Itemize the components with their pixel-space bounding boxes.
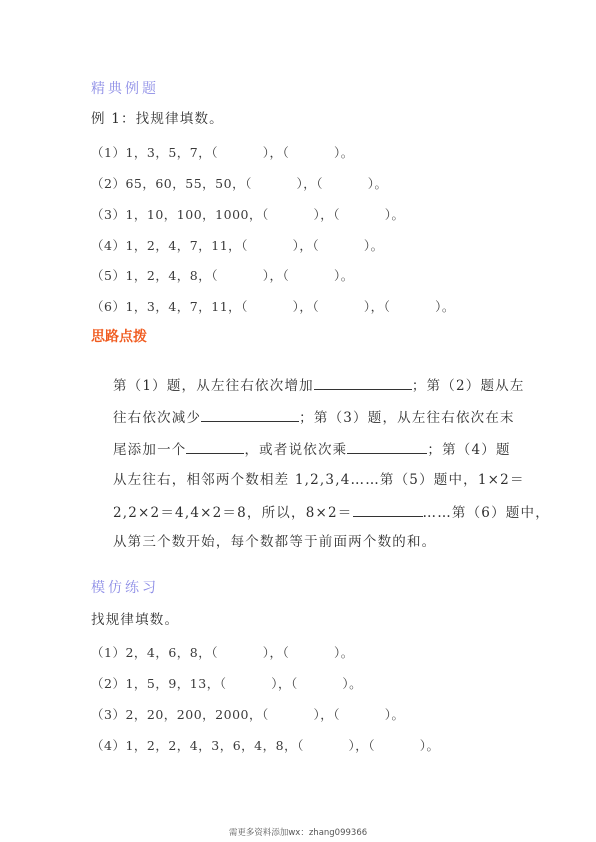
example-question-2: （2）65，60，55，50，（ ），（ ）。 xyxy=(91,176,388,192)
example-section-title: 精典例题 xyxy=(91,81,159,97)
hint-text: 从第三个数开始，每个数都等于前面两个数的和。 xyxy=(113,534,436,550)
practice-question-3: （3）2，20，200，2000，（ ），（ ）。 xyxy=(91,707,404,723)
practice-question-1: （1）2，4，6，8，（ ），（ ）。 xyxy=(91,645,354,661)
practice-question-4: （4）1，2，2，4，3，6，4，8，（ ），（ ）。 xyxy=(91,738,440,754)
example-prompt: 例 1：找规律填数。 xyxy=(91,111,224,127)
hint-text: ……第（6）题中， xyxy=(423,505,550,521)
footer-note: 需更多资料添加wx：zhang099366 xyxy=(0,826,596,838)
answer-blank xyxy=(347,440,427,454)
hint-text: 从左往右，相邻两个数相差 1,2,3,4……第（5）题中，1×2＝ xyxy=(113,472,525,488)
practice-section-title: 模仿练习 xyxy=(91,580,159,596)
example-question-6: （6）1，3，4，7，11，（ ），（ ），（ ）。 xyxy=(91,299,455,315)
answer-blank xyxy=(201,408,299,422)
hint-line-6: 从第三个数开始，每个数都等于前面两个数的和。 xyxy=(91,518,436,566)
practice-prompt: 找规律填数。 xyxy=(91,612,179,628)
example-question-1: （1）1，3，5，7，（ ），（ ）。 xyxy=(91,145,354,161)
example-question-3: （3）1，10，100，1000，（ ），（ ）。 xyxy=(91,207,404,223)
example-question-5: （5）1，2，4，8，（ ），（ ）。 xyxy=(91,268,354,284)
hint-section-title: 思路点拨 xyxy=(91,329,147,345)
answer-blank xyxy=(186,440,244,454)
answer-blank xyxy=(353,503,423,517)
answer-blank xyxy=(314,376,412,390)
practice-question-2: （2）1，5，9，13，（ ），（ ）。 xyxy=(91,676,362,692)
example-question-4: （4）1，2，4，7，11，（ ），（ ）。 xyxy=(91,238,384,254)
